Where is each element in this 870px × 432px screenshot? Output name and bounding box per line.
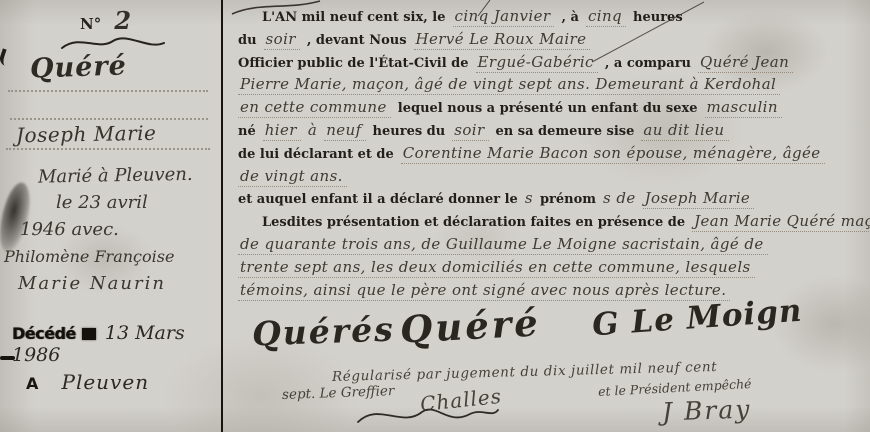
act-text-line: de quarante trois ans, de Guillaume Le M…	[238, 234, 868, 257]
handwritten-entry: Corentine Marie Bacon son épouse, ménagè…	[401, 144, 825, 164]
marriage-note-line: Marié à Pleuven.	[38, 160, 219, 190]
marriage-note-line: le 23 avril	[56, 189, 219, 216]
handwritten-entry: hier	[263, 121, 301, 141]
death-place-prefix: A	[26, 374, 38, 393]
dotted-rule	[10, 118, 208, 120]
printed-form-text: de lui déclarant et de	[238, 147, 394, 162]
record-number-value: 2	[114, 6, 131, 35]
handwritten-entry: en cette commune	[238, 98, 391, 118]
handwritten-entry: Joseph Marie	[643, 189, 755, 209]
handwritten-entry: Hervé Le Roux Maire	[414, 30, 591, 50]
handwritten-entry: cinq	[586, 7, 626, 27]
death-place: Pleuven	[61, 370, 149, 394]
act-text-line: et auquel enfant il a déclaré donner les…	[238, 188, 868, 211]
handwritten-entry: de quarante trois ans, de Guillaume Le M…	[238, 235, 768, 255]
dotted-rule	[8, 90, 208, 92]
civil-register-scan: N° 2 Quéré Joseph Marie Marié à Pleuven.…	[0, 0, 870, 432]
signature-witness1: Quéré	[399, 300, 542, 351]
handwritten-entry: soir	[264, 30, 300, 50]
flourish-ornament	[58, 36, 168, 52]
handwritten-entry: cinq Janvier	[453, 7, 555, 27]
record-number: N° 2	[80, 6, 131, 35]
handwritten-entry: Jean Marie Quéré maçon âgé	[692, 212, 870, 232]
printed-form-text: Officier public de l'État-Civil de	[238, 56, 469, 71]
act-text-line: néhieràneufheures dusoiren sa demeure si…	[238, 120, 868, 143]
marriage-note-line: Marie Naurin	[18, 270, 219, 297]
death-stamp-text: Décédé	[12, 324, 76, 343]
margin-given-names: Joseph Marie	[16, 121, 157, 147]
act-text-line: en cette communelequel nous a présenté u…	[238, 97, 868, 120]
act-text-line: L'AN mil neuf cent six, lecinq Janvier, …	[238, 6, 868, 29]
death-marginal-stamp: Décédé 13 Mars 1986 A Pleuven	[12, 322, 221, 394]
printed-form-text: lequel nous a présenté un enfant du sexe	[398, 101, 698, 116]
printed-form-text: heures	[633, 10, 683, 25]
handwritten-entry: masculin	[705, 98, 782, 118]
margin-column: N° 2 Quéré Joseph Marie Marié à Pleuven.…	[0, 0, 221, 432]
handwritten-entry: trente sept ans, les deux domiciliés en …	[238, 258, 755, 278]
handwritten-entry: neuf	[324, 121, 365, 141]
obscured-word-block	[82, 328, 96, 340]
handwritten-entry: au dit lieu	[641, 121, 728, 141]
signature-father: Quérés	[251, 310, 395, 354]
act-text-line: Officier public de l'État-Civil deErgué-…	[238, 52, 868, 75]
printed-form-text: , devant Nous	[307, 33, 407, 48]
signature-president: J Bray	[662, 394, 752, 426]
margin-surname: Quéré	[29, 50, 127, 84]
stray-ink-mark	[0, 48, 16, 68]
handwritten-entry: Ergué-Gabéric	[476, 53, 598, 73]
act-text-line: Pierre Marie, maçon, âgé de vingt sept a…	[238, 74, 868, 97]
printed-form-text: heures du	[373, 124, 446, 139]
handwritten-entry: s de	[603, 189, 636, 207]
printed-form-text: en sa demeure sise	[496, 124, 635, 139]
marriage-note-line: Philomène Françoise	[4, 243, 219, 270]
marriage-note-line: 1946 avec.	[20, 216, 219, 243]
handwritten-entry: à	[308, 121, 317, 139]
act-text-line: de lui déclarant et deCorentine Marie Ba…	[238, 143, 868, 166]
dotted-rule	[6, 148, 210, 150]
margin-separator-rule	[221, 0, 223, 432]
printed-form-text: et auquel enfant il a déclaré donner le	[238, 192, 518, 207]
handwritten-entry: Quéré Jean	[698, 53, 793, 73]
printed-form-text: , a comparu	[605, 56, 691, 71]
printed-form-text: , à	[561, 10, 578, 25]
handwritten-entry: soir	[452, 121, 488, 141]
printed-form-text: prénom	[540, 192, 596, 207]
printed-form-text: né	[238, 124, 256, 139]
handwritten-entry: Pierre Marie, maçon, âgé de vingt sept a…	[238, 75, 780, 95]
act-text-line: dusoir, devant NousHervé Le Roux Maire	[238, 29, 868, 52]
act-body: L'AN mil neuf cent six, lecinq Janvier, …	[238, 6, 868, 302]
record-number-label: N°	[80, 15, 101, 33]
printed-form-text: L'AN mil neuf cent six, le	[262, 10, 446, 25]
handwritten-entry: s	[525, 189, 533, 207]
act-text-line: Lesdites présentation et déclaration fai…	[238, 211, 868, 234]
handwritten-entry: de vingt ans.	[238, 167, 347, 187]
marriage-marginal-note: Marié à Pleuven. le 23 avril 1946 avec. …	[4, 162, 219, 297]
printed-form-text: du	[238, 33, 257, 48]
handwritten-entry: témoins, ainsi que le père ont signé ave…	[238, 281, 730, 301]
printed-form-text: Lesdites présentation et déclaration fai…	[262, 215, 685, 230]
paraph-signature	[352, 400, 502, 430]
act-text-line: trente sept ans, les deux domiciliés en …	[238, 257, 868, 280]
act-text-line: de vingt ans.	[238, 166, 868, 189]
